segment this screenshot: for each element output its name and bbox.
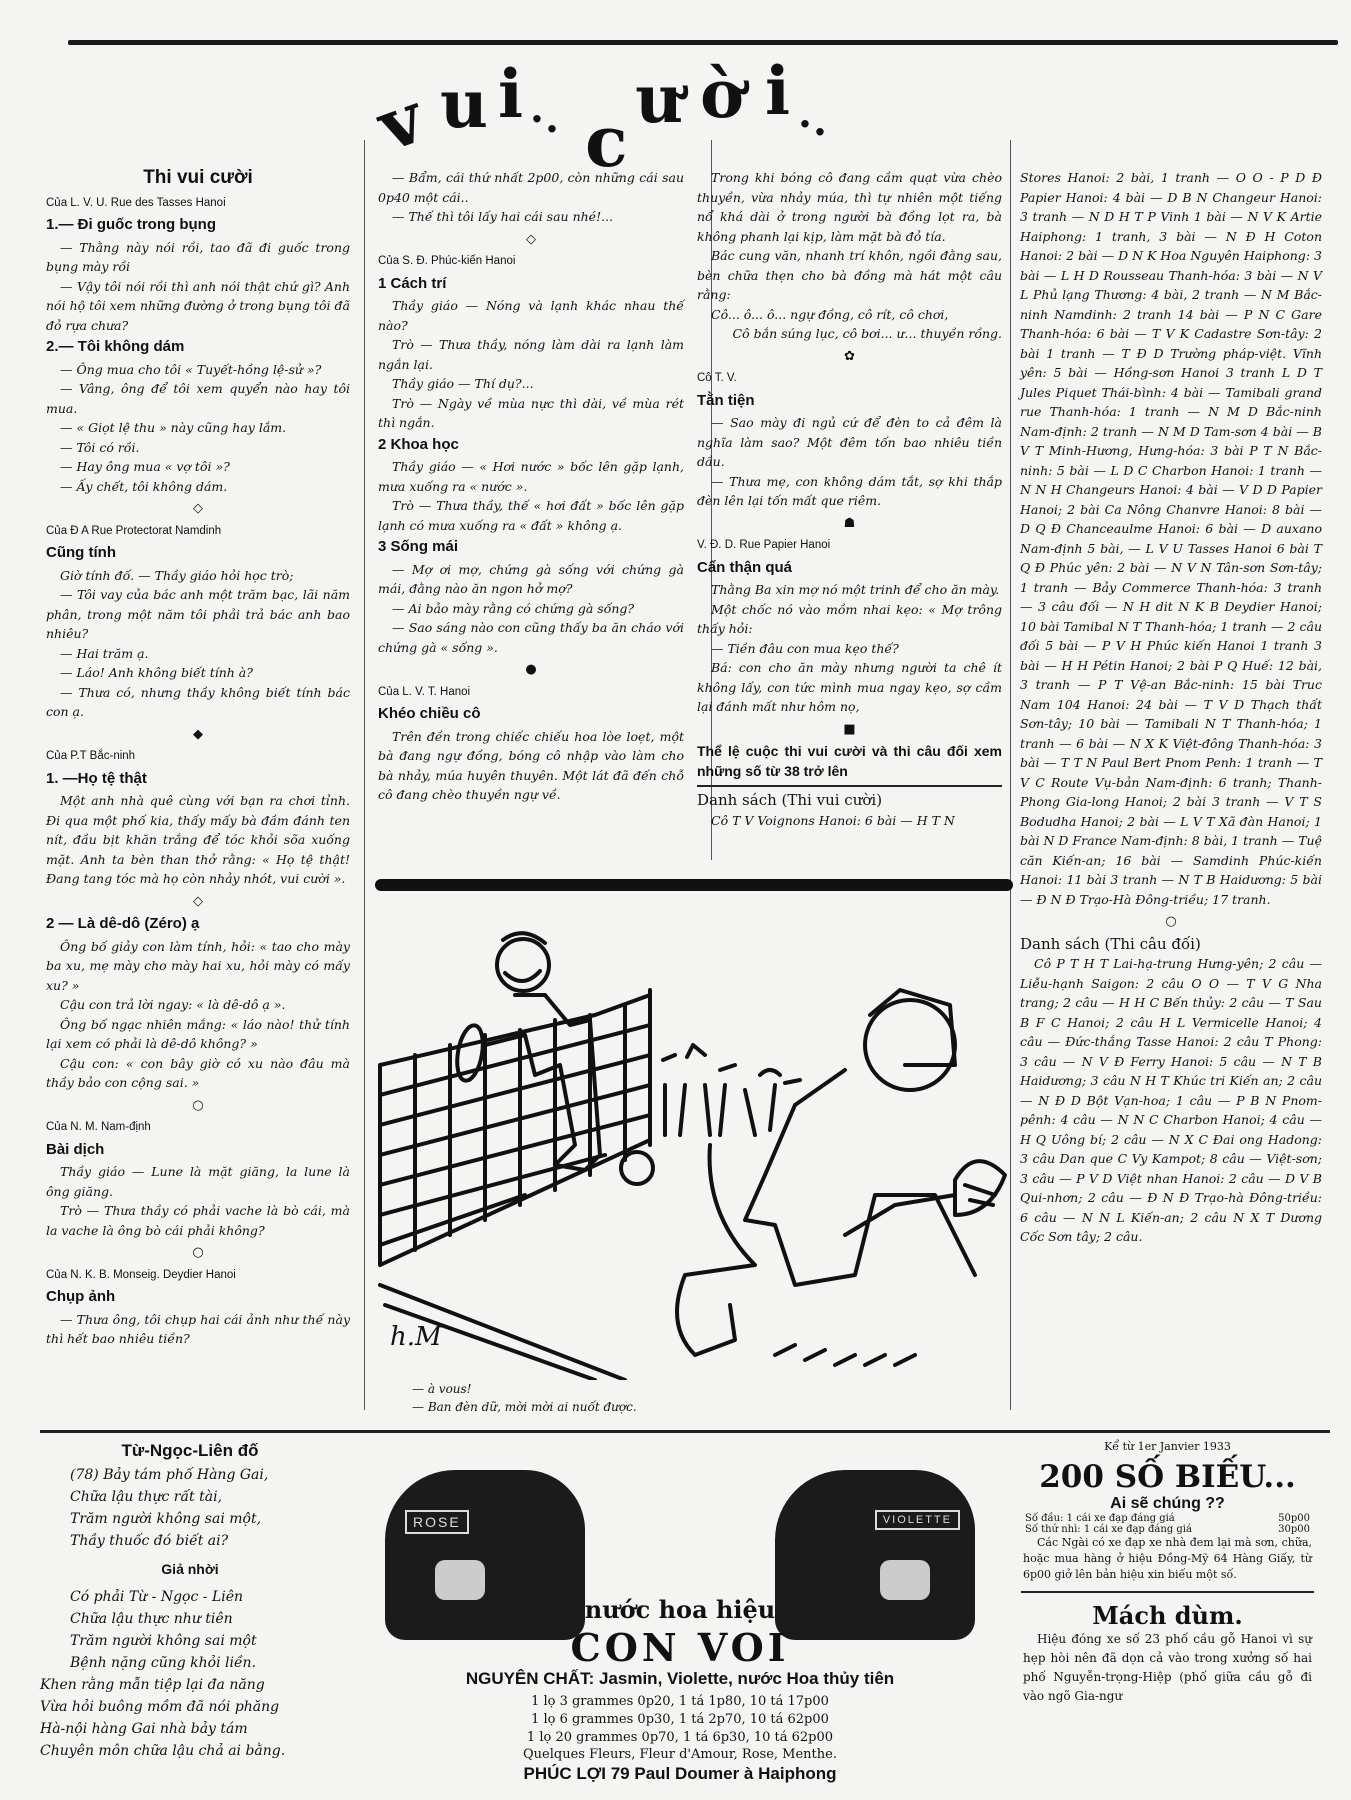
joke-heading: Cũng tính (46, 543, 350, 563)
joke-heading: Cẩn thận quá (697, 558, 1002, 578)
joke-author: V. Đ. D. Rue Papier Hanoi (697, 536, 1002, 556)
verse-line: Có phải Từ - Ngọc - Liên (40, 1586, 340, 1608)
joke-heading: 1 Cách trí (378, 274, 684, 294)
joke-line: Thầy giáo — Lune là mặt giăng, la lune l… (46, 1162, 350, 1201)
bottle-label: VIOLETTE (875, 1510, 960, 1530)
elephant-leg-gap (435, 1560, 485, 1600)
ad-address: PHÚC LỢI 79 Paul Doumer à Haiphong (360, 1764, 1000, 1784)
ad-line: nước hoa hiệu (360, 1595, 1000, 1624)
bicycle-advert: Kể từ 1er Janvier 1933 200 SỐ BIẾU... Ai… (1015, 1440, 1320, 1706)
prize-row: Số đầu: 1 cái xe đạp đáng giá 50p00 (1015, 1513, 1320, 1524)
joke-line: Trò — Thưa thầy, thế « hơi đất » bốc lên… (378, 496, 684, 535)
separator-ornament-icon: ☗ (697, 514, 1002, 534)
joke-line: — Tôi vay của bác anh một trăm bạc, lãi … (46, 585, 350, 644)
perfume-advert: ROSE VIOLETTE nước hoa hiệu CON VOI NGUY… (360, 1440, 1000, 1800)
section-title: Thi vui cười (46, 168, 350, 188)
joke-line: — Thưa mẹ, con không dám tắt, sợ khi thắ… (697, 472, 1002, 511)
joke-heading: 3 Sống mái (378, 537, 684, 557)
verse-line: Trăm người không sai một (40, 1630, 340, 1652)
separator-circle-icon: ○ (46, 1096, 350, 1116)
joke-line: Trong khi bóng cô đang cầm quạt vừa chèo… (697, 168, 1002, 246)
ad-question: Ai sẽ chúng ?? (1015, 1495, 1320, 1513)
separator-flower-icon: ✿ (697, 347, 1002, 367)
player-head (497, 939, 549, 991)
joke-piece: Của Đ A Rue Protectorat Namdinh Cũng tín… (46, 522, 350, 722)
joke-line: — Mợ ơi mợ, chứng gà sống với chứng gà m… (378, 560, 684, 599)
joke-line: — Thế thì tôi lấy hai cái sau nhé!... (378, 207, 684, 227)
list-title: Danh sách (Thi câu đối) (1020, 935, 1322, 955)
caption-line: — à vous! (412, 1380, 637, 1398)
winners-list-jokes: Stores Hanoi: 2 bài, 1 tranh — O O - P D… (1020, 168, 1322, 909)
joke-piece: Của N. K. B. Monseig. Deydier Hanoi Chụp… (46, 1266, 350, 1349)
joke-heading: Chụp ảnh (46, 1287, 350, 1307)
verse-line: (78) Bảy tám phố Hàng Gai, (40, 1464, 340, 1486)
column-4: Stores Hanoi: 2 bài, 1 tranh — O O - P D… (1020, 168, 1322, 1247)
notice-title: Mách dùm. (1015, 1601, 1320, 1630)
masthead-letter: i (498, 55, 523, 133)
separator-diamond-icon: ◇ (46, 892, 350, 912)
verse-line: Trăm người không sai một, (40, 1508, 340, 1530)
joke-line: Một chốc nó vào mồm nhai kẹo: « Mợ trông… (697, 600, 1002, 639)
tennis-cartoon-illustration: h.M (375, 895, 1013, 1380)
price-line: 1 lọ 6 grammes 0p30, 1 tá 2p70, 10 tá 62… (360, 1710, 1000, 1730)
joke-line: Ông bố giảy con làm tính, hỏi: « tao cho… (46, 937, 350, 996)
joke-heading: 2.— Tôi không dám (46, 337, 350, 357)
cartoon-top-rule (375, 879, 1013, 891)
joke-author: Của N. K. B. Monseig. Deydier Hanoi (46, 1266, 350, 1286)
column-2: — Bẩm, cái thứ nhất 2p00, còn những cái … (378, 168, 684, 805)
joke-piece: 2 — Là dê-dô (Zéro) ạ Ông bố giảy con là… (46, 914, 350, 1093)
caption-line: — Ban đèn dữ, mời mời ai nuốt được. (412, 1398, 637, 1416)
ad-date: Kể từ 1er Janvier 1933 (1015, 1440, 1320, 1453)
separator-dot-icon: ● (378, 660, 684, 680)
masthead-letter: . (798, 90, 812, 137)
masthead-letter: u (440, 65, 488, 143)
masthead-letter: . (813, 98, 827, 145)
column-3: Trong khi bóng cô đang cầm quạt vừa chèo… (697, 168, 1002, 830)
elephant-leg-gap (880, 1560, 930, 1600)
top-rule (68, 40, 1338, 45)
poem-subtitle: Giả nhời (40, 1558, 340, 1580)
joke-heading: Khéo chiều cô (378, 704, 684, 724)
masthead-letter: ư (635, 60, 683, 138)
ad-line: NGUYÊN CHẤT: Jasmin, Violette, nước Hoa … (360, 1669, 1000, 1689)
joke-line: Thằng Ba xin mợ nó một trinh để cho ăn m… (697, 580, 1002, 600)
joke-author: Của L. V. U. Rue des Tasses Hanoi (46, 194, 350, 214)
joke-line: — Sao sáng nào con cũng thấy ba ăn cháo … (378, 618, 684, 657)
bottle-label: ROSE (405, 1510, 469, 1534)
joke-line: Thầy giáo — Nóng và lạnh khác nhau thế n… (378, 296, 684, 335)
joke-line: — « Giọt lệ thu » này cũng hay lắm. (46, 418, 350, 438)
joke-author: Cô T. V. (697, 369, 1002, 389)
joke-line: — Tiền đâu con mua kẹo thế? (697, 639, 1002, 659)
joke-line: Trò — Ngày về mùa nực thì dài, về mùa ré… (378, 394, 684, 433)
joke-line: Bá: con cho ăn mày nhưng người ta chê ít… (697, 658, 1002, 717)
ad-brand: CON VOI (360, 1625, 1000, 1670)
prize-label: Số đầu: 1 cái xe đạp đáng giá (1025, 1513, 1175, 1524)
joke-line: — Ông mua cho tôi « Tuyết-hồng lệ-sử »? (46, 360, 350, 380)
joke-line: Một anh nhà quê cùng với bạn ra chơi tỉn… (46, 791, 350, 889)
joke-line: — Thưa có, nhưng thầy không biết tính bá… (46, 683, 350, 722)
column-1: Thi vui cười Của L. V. U. Rue des Tasses… (46, 168, 350, 1349)
joke-line: — Vậy tôi nói rồi thì anh nói thật chứ g… (46, 277, 350, 336)
joke-line: Trò — Thưa thầy, nóng làm dài ra lạnh là… (378, 335, 684, 374)
joke-line: — Thằng này nói rồi, tao đã đi guốc tron… (46, 238, 350, 277)
separator-circle-icon: ○ (46, 1243, 350, 1263)
artist-signature: h.M (390, 1322, 443, 1352)
joke-line: — Vâng, ông để tôi xem quyển nào hay tôi… (46, 379, 350, 418)
verse-line: Chuyên môn chữa lậu chả ai bằng. (40, 1740, 340, 1762)
separator-circle-icon: ○ (1020, 912, 1322, 932)
joke-heading: 2 — Là dê-dô (Zéro) ạ (46, 914, 350, 934)
separator-diamond-icon: ◆ (46, 725, 350, 745)
joke-heading: Bài dịch (46, 1140, 350, 1160)
masthead-letter: ờ (700, 55, 744, 133)
joke-line: — Thưa ông, tôi chụp hai cái ảnh như thế… (46, 1310, 350, 1349)
ad-text: Các Ngài có xe đạp xe nhà đem lại mà sơn… (1015, 1535, 1320, 1583)
separator-square-icon: ■ (697, 720, 1002, 740)
verse-line: Bệnh nặng cũng khỏi liền. (40, 1652, 340, 1674)
verse-line: Khen rằng mẫn tiệp lại đa năng (40, 1674, 340, 1696)
joke-line: — Hai trăm ạ. (46, 644, 350, 664)
verse-line: Hà-nội hàng Gai nhà bảy tám (40, 1718, 340, 1740)
joke-line: Giờ tính đố. — Thầy giáo hỏi học trò; (46, 566, 350, 586)
joke-heading: 1.— Đi guốc trong bụng (46, 215, 350, 235)
verse-line: Thầy thuốc đó biết ai? (40, 1530, 340, 1552)
joke-line: Thầy giáo — « Hơi nước » bốc lên gặp lạn… (378, 457, 684, 496)
joke-heading: 2 Khoa học (378, 435, 684, 455)
poem-title: Từ-Ngọc-Liên đố (40, 1440, 340, 1462)
joke-line: — Hay ông mua « vợ tôi »? (46, 457, 350, 477)
joke-piece: Của P.T Bắc-ninh 1. —Họ tệ thật Một anh … (46, 747, 350, 889)
joke-line: Thầy giáo — Thí dụ?... (378, 374, 684, 394)
divider (1021, 1591, 1314, 1593)
winners-list-couplets: Cô P T H T Lai-hạ-trung Hưng-yên; 2 câu … (1020, 954, 1322, 1247)
cartoon-caption: — à vous! — Ban đèn dữ, mời mời ai nuốt … (412, 1380, 637, 1416)
joke-piece: Của N. M. Nam-định Bài dịch Thầy giáo — … (46, 1118, 350, 1240)
notice-text: Hiệu đóng xe số 23 phố cầu gỗ Hanoi vì s… (1015, 1630, 1320, 1706)
verse-line: Chữa lậu thực rất tài, (40, 1486, 340, 1508)
joke-line: Cậu con: « con bây giờ có xu nào đâu mà … (46, 1054, 350, 1093)
joke-line: Bác cung văn, nhanh trí khôn, ngồi đằng … (697, 246, 1002, 305)
list-entry: Cô T V Voignons Hanoi: 6 bài — H T N (697, 811, 1002, 831)
player-head (865, 1000, 955, 1090)
joke-line: — Láo! Anh không biết tính à? (46, 663, 350, 683)
verse-line: Vừa hỏi buông mồm đã nói phăng (40, 1696, 340, 1718)
joke-line: Cô bắn súng lục, cô bơi... ư... thuyền r… (697, 324, 1002, 344)
prize-value: 50p00 (1278, 1513, 1310, 1524)
masthead-letter: . (530, 85, 544, 132)
list-title: Danh sách (Thi vui cười) (697, 791, 1002, 811)
joke-piece: Của L. V. U. Rue des Tasses Hanoi 1.— Đi… (46, 194, 350, 497)
joke-line: Trò — Thưa thầy có phải vache là bò cái,… (46, 1201, 350, 1240)
joke-line: — Bẩm, cái thứ nhất 2p00, còn những cái … (378, 168, 684, 207)
masthead-letter: v (367, 76, 434, 168)
column-divider (364, 140, 365, 1410)
price-line: Quelques Fleurs, Fleur d'Amour, Rose, Me… (360, 1745, 1000, 1765)
tennis-ball-icon (621, 1152, 653, 1184)
joke-author: Của P.T Bắc-ninh (46, 747, 350, 767)
joke-line: Ông bố ngạc nhiên mắng: « láo nào! thử t… (46, 1015, 350, 1054)
masthead-title: v u i . . c ư ờ i . . (380, 60, 1000, 170)
joke-line: — Ai bảo mày rằng có chứng gà sống? (378, 599, 684, 619)
racket-icon (453, 1023, 486, 1082)
bottom-section-rule (40, 1430, 1330, 1433)
joke-line: Trên đền trong chiếc chiếu hoa lòe loẹt,… (378, 727, 684, 805)
ad-headline: 200 SỐ BIẾU... (1015, 1459, 1320, 1495)
masthead-letter: . (545, 95, 559, 142)
separator-diamond-icon: ◇ (46, 499, 350, 519)
joke-author: Của Đ A Rue Protectorat Namdinh (46, 522, 350, 542)
prize-value: 30p00 (1278, 1524, 1310, 1535)
joke-author: Của S. Đ. Phúc-kiến Hanoi (378, 252, 684, 272)
joke-author: Của L. V. T. Hanoi (378, 683, 684, 703)
poem-advert: Từ-Ngọc-Liên đố (78) Bảy tám phố Hàng Ga… (40, 1440, 340, 1762)
joke-line: Cậu con trả lời ngay: « là dê-dô ạ ». (46, 995, 350, 1015)
joke-heading: 1. —Họ tệ thật (46, 769, 350, 789)
separator-diamond-icon: ◇ (378, 230, 684, 250)
joke-line: Cô... ô... ô... ngự đồng, cô rít, cô chơ… (697, 305, 1002, 325)
joke-author: Của N. M. Nam-định (46, 1118, 350, 1138)
verse-line: Chữa lậu thực như tiên (40, 1608, 340, 1630)
joke-heading: Tằn tiện (697, 391, 1002, 411)
joke-line: — Sao mày đi ngủ cứ để đèn to cả đêm là … (697, 413, 1002, 472)
prize-row: Số thứ nhì: 1 cái xe đạp đáng giá 30p00 (1015, 1524, 1320, 1535)
masthead-letter: i (765, 52, 790, 130)
price-line: 1 lọ 3 grammes 0p20, 1 tá 1p80, 10 tá 17… (360, 1692, 1000, 1712)
joke-line: — Tôi có rồi. (46, 438, 350, 458)
prize-label: Số thứ nhì: 1 cái xe đạp đáng giá (1025, 1524, 1192, 1535)
joke-line: — Ấy chết, tôi không dám. (46, 477, 350, 497)
contest-rules-notice: Thể lệ cuộc thi vui cười và thi câu đối … (697, 742, 1002, 787)
